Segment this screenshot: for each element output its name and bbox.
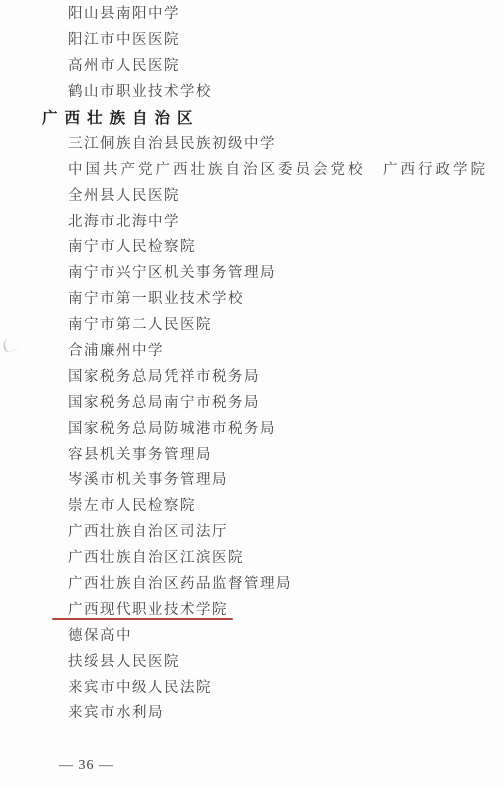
list-item-label: 中国共产党广西壮族自治区委员会党校 广西行政学院 xyxy=(68,158,488,179)
list-item-label: 广西壮族自治区司法厅 xyxy=(68,520,228,541)
list-item: 高州市人民医院 xyxy=(0,52,503,78)
list-item: 广西壮族自治区药品监督管理局 xyxy=(0,570,503,596)
list-item-label: 南宁市第二人民医院 xyxy=(68,313,212,334)
list-item-label: 来宾市中级人民法院 xyxy=(68,676,212,697)
list-item-label: 来宾市水利局 xyxy=(68,701,164,722)
list-item-label: 合浦廉州中学 xyxy=(68,339,164,360)
recognition-list: 阳山县南阳中学阳江市中医医院高州市人民医院鹤山市职业技术学校广西壮族自治区三江侗… xyxy=(0,0,503,725)
list-item: 德保高中 xyxy=(0,621,503,647)
list-item: 南宁市兴宁区机关事务管理局 xyxy=(0,259,503,285)
list-item-label: 阳山县南阳中学 xyxy=(68,2,180,23)
list-item-label: 容县机关事务管理局 xyxy=(68,443,212,464)
list-item: 合浦廉州中学 xyxy=(0,337,503,363)
list-item-label: 德保高中 xyxy=(68,624,132,645)
list-item-label: 北海市北海中学 xyxy=(68,210,180,231)
red-underline xyxy=(52,618,233,620)
list-item-label: 国家税务总局凭祥市税务局 xyxy=(68,365,260,386)
page-number-text: — 36 — xyxy=(59,758,114,773)
list-item-label: 广西现代职业技术学院 xyxy=(68,598,228,619)
list-item-label: 广西壮族自治区药品监督管理局 xyxy=(68,572,292,593)
document-page: 阳山县南阳中学阳江市中医医院高州市人民医院鹤山市职业技术学校广西壮族自治区三江侗… xyxy=(0,0,503,788)
list-item: 崇左市人民检察院 xyxy=(0,492,503,518)
list-item-label: 国家税务总局防城港市税务局 xyxy=(68,417,276,438)
list-item-label: 国家税务总局南宁市税务局 xyxy=(68,391,260,412)
list-item: 国家税务总局南宁市税务局 xyxy=(0,388,503,414)
list-item: 阳山县南阳中学 xyxy=(0,0,503,26)
list-item: 容县机关事务管理局 xyxy=(0,440,503,466)
list-item-label: 崇左市人民检察院 xyxy=(68,494,196,515)
list-item: 广西壮族自治区司法厅 xyxy=(0,518,503,544)
list-item: 扶绥县人民医院 xyxy=(0,647,503,673)
list-item: 阳江市中医医院 xyxy=(0,26,503,52)
page-number: — 36 — xyxy=(59,758,114,774)
list-item-label: 南宁市第一职业技术学校 xyxy=(68,287,244,308)
list-item: 南宁市第二人民医院 xyxy=(0,311,503,337)
list-item: 全州县人民医院 xyxy=(0,181,503,207)
list-item-label: 高州市人民医院 xyxy=(68,54,180,75)
list-item: 来宾市水利局 xyxy=(0,699,503,725)
section-header-label: 广西壮族自治区 xyxy=(42,106,200,128)
list-item: 国家税务总局凭祥市税务局 xyxy=(0,362,503,388)
list-item-label: 广西壮族自治区江滨医院 xyxy=(68,546,244,567)
list-item: 三江侗族自治县民族初级中学 xyxy=(0,129,503,155)
list-item: 广西壮族自治区江滨医院 xyxy=(0,544,503,570)
list-item-highlighted: 广西现代职业技术学院 xyxy=(0,595,503,621)
list-item: 北海市北海中学 xyxy=(0,207,503,233)
list-item: 南宁市人民检察院 xyxy=(0,233,503,259)
list-item-label: 全州县人民医院 xyxy=(68,184,180,205)
list-item-label: 鹤山市职业技术学校 xyxy=(68,80,212,101)
list-item-label: 南宁市兴宁区机关事务管理局 xyxy=(68,261,276,282)
list-item-label: 三江侗族自治县民族初级中学 xyxy=(68,132,276,153)
list-item: 鹤山市职业技术学校 xyxy=(0,78,503,104)
list-item-label: 岑溪市机关事务管理局 xyxy=(68,468,228,489)
list-item: 岑溪市机关事务管理局 xyxy=(0,466,503,492)
list-item: 来宾市中级人民法院 xyxy=(0,673,503,699)
list-item-label: 阳江市中医医院 xyxy=(68,28,180,49)
list-item-label: 南宁市人民检察院 xyxy=(68,235,196,256)
list-item: 南宁市第一职业技术学校 xyxy=(0,285,503,311)
section-header: 广西壮族自治区 xyxy=(0,104,503,130)
list-item: 中国共产党广西壮族自治区委员会党校 广西行政学院 xyxy=(0,155,503,181)
list-item: 国家税务总局防城港市税务局 xyxy=(0,414,503,440)
list-item-label: 扶绥县人民医院 xyxy=(68,650,180,671)
